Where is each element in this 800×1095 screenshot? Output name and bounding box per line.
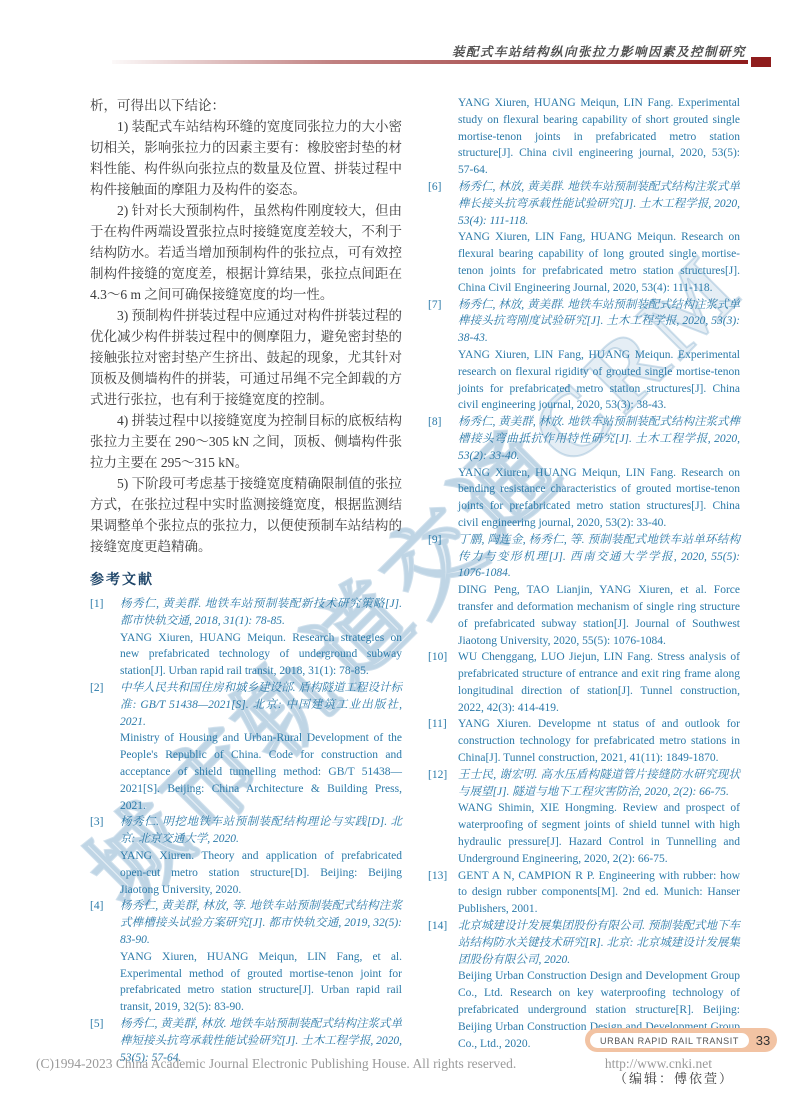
- cnki-url: http://www.cnki.net: [605, 1056, 712, 1072]
- conclusion-paragraph-5: 5) 下阶段可考虑基于接缝宽度精确限制值的张拉方式，在张拉过程中实时监测接缝宽度…: [90, 473, 402, 557]
- reference-text-en: Ministry of Housing and Urban-Rural Deve…: [120, 730, 402, 814]
- reference-text-zh: 王士民, 谢宏明. 高水压盾构隧道管片接缝防水研究现状与展望[J]. 隧道与地下…: [458, 767, 740, 801]
- reference-item-11: [11] YANG Xiuren. Developme nt status of…: [428, 716, 740, 766]
- reference-body: 王士民, 谢宏明. 高水压盾构隧道管片接缝防水研究现状与展望[J]. 隧道与地下…: [458, 767, 740, 868]
- reference-text-zh: 杨秀仁, 黄美群, 林放, 等. 地铁车站预制装配式结构注浆式榫槽接头试验方案研…: [120, 898, 402, 948]
- reference-body: 杨秀仁, 黄美群. 地铁车站预制装配新技术研究策略[J]. 都市快轨交通, 20…: [120, 596, 402, 680]
- journal-footer-badge: URBAN RAPID RAIL TRANSIT 33: [585, 1028, 777, 1052]
- header-rule-cap: [751, 57, 771, 68]
- reference-item-2: [2] 中华人民共和国住房和城乡建设部. 盾构隧道工程设计标准: GB/T 51…: [90, 680, 402, 814]
- reference-text-en: YANG Xiuren, HUANG Meiqun, LIN Fang. Exp…: [458, 95, 740, 179]
- reference-number: [1]: [90, 596, 120, 680]
- reference-body: WU Chenggang, LUO Jiejun, LIN Fang. Stre…: [458, 649, 740, 716]
- conclusion-paragraph-3: 3) 预制构件拼装过程中应通过对构件拼装过程的优化减少构件拼装过程中的侧摩阻力，…: [90, 305, 402, 410]
- journal-name-label: URBAN RAPID RAIL TRANSIT: [590, 1033, 749, 1048]
- reference-number: [14]: [428, 918, 458, 1052]
- reference-item-8: [8] 杨秀仁, 黄美群, 林放. 地铁车站预制装配式结构注浆式榫槽接头弯曲抵抗…: [428, 414, 740, 532]
- reference-number: [11]: [428, 716, 458, 766]
- reference-body: 杨秀仁, 黄美群, 林放. 地铁车站预制装配式结构注浆式榫槽接头弯曲抵抗作用特性…: [458, 414, 740, 532]
- reference-item-5-continuation: YANG Xiuren, HUANG Meiqun, LIN Fang. Exp…: [428, 95, 740, 179]
- reference-text-zh: 杨秀仁, 林放, 黄美群. 地铁车站预制装配式结构注浆式单榫长接头抗弯承载性能试…: [458, 179, 740, 229]
- reference-text-zh: 北京城建设计发展集团股份有限公司. 预制装配式地下车站结构防水关键技术研究[R]…: [458, 918, 740, 968]
- reference-body: YANG Xiuren. Developme nt status of and …: [458, 716, 740, 766]
- running-title: 装配式车站结构纵向张拉力影响因素及控制研究: [452, 42, 746, 60]
- reference-text-en: YANG Xiuren, LIN Fang, HUANG Meiqun. Res…: [458, 229, 740, 296]
- reference-text-en: YANG Xiuren, LIN Fang, HUANG Meiqun. Exp…: [458, 347, 740, 414]
- reference-body: 中华人民共和国住房和城乡建设部. 盾构隧道工程设计标准: GB/T 51438—…: [120, 680, 402, 814]
- reference-text-en: YANG Xiuren, HUANG Meiqun, LIN Fang, et …: [120, 949, 402, 1016]
- conclusion-paragraph-1: 1) 装配式车站结构环缝的宽度同张拉力的大小密切相关，影响张拉力的因素主要有：橡…: [90, 116, 402, 200]
- reference-number: [13]: [428, 868, 458, 918]
- right-column: YANG Xiuren, HUANG Meiqun, LIN Fang. Exp…: [428, 95, 740, 1087]
- copyright-text: (C)1994-2023 China Academic Journal Elec…: [36, 1056, 516, 1072]
- reference-item-6: [6] 杨秀仁, 林放, 黄美群. 地铁车站预制装配式结构注浆式单榫长接头抗弯承…: [428, 179, 740, 297]
- reference-text-zh: 杨秀仁, 黄美群. 地铁车站预制装配新技术研究策略[J]. 都市快轨交通, 20…: [120, 596, 402, 630]
- reference-text-en: YANG Xiuren. Developme nt status of and …: [458, 716, 740, 766]
- reference-number: [4]: [90, 898, 120, 1016]
- conclusion-intro: 析，可得出以下结论：: [90, 95, 402, 116]
- reference-number: [8]: [428, 414, 458, 532]
- page-columns: 析，可得出以下结论： 1) 装配式车站结构环缝的宽度同张拉力的大小密切相关，影响…: [90, 95, 740, 1087]
- reference-text-en: DING Peng, TAO Lianjin, YANG Xiuren, et …: [458, 582, 740, 649]
- reference-number: [7]: [428, 297, 458, 415]
- reference-text-zh: 杨秀仁, 黄美群, 林放. 地铁车站预制装配式结构注浆式榫槽接头弯曲抵抗作用特性…: [458, 414, 740, 464]
- reference-number: [428, 95, 458, 179]
- reference-body: 杨秀仁. 明挖地铁车站预制装配结构理论与实践[D]. 北京: 北京交通大学, 2…: [120, 814, 402, 898]
- reference-item-3: [3] 杨秀仁. 明挖地铁车站预制装配结构理论与实践[D]. 北京: 北京交通大…: [90, 814, 402, 898]
- reference-body: 杨秀仁, 黄美群, 林放, 等. 地铁车站预制装配式结构注浆式榫槽接头试验方案研…: [120, 898, 402, 1016]
- reference-item-4: [4] 杨秀仁, 黄美群, 林放, 等. 地铁车站预制装配式结构注浆式榫槽接头试…: [90, 898, 402, 1016]
- reference-number: [12]: [428, 767, 458, 868]
- reference-number: [2]: [90, 680, 120, 814]
- reference-item-9: [9] 丁鹏, 陶连金, 杨秀仁, 等. 预制装配式地铁车站单环结构传力与变形机…: [428, 532, 740, 650]
- reference-text-en: WANG Shimin, XIE Hongming. Review and pr…: [458, 800, 740, 867]
- reference-item-7: [7] 杨秀仁, 林放, 黄美群. 地铁车站预制装配式结构注浆式单榫接头抗弯刚度…: [428, 297, 740, 415]
- reference-item-1: [1] 杨秀仁, 黄美群. 地铁车站预制装配新技术研究策略[J]. 都市快轨交通…: [90, 596, 402, 680]
- reference-number: [6]: [428, 179, 458, 297]
- reference-body: 杨秀仁, 林放, 黄美群. 地铁车站预制装配式结构注浆式单榫长接头抗弯承载性能试…: [458, 179, 740, 297]
- reference-body: YANG Xiuren, HUANG Meiqun, LIN Fang. Exp…: [458, 95, 740, 179]
- reference-body: 杨秀仁, 林放, 黄美群. 地铁车站预制装配式结构注浆式单榫接头抗弯刚度试验研究…: [458, 297, 740, 415]
- conclusion-paragraph-2: 2) 针对长大预制构件，虽然构件刚度较大，但由于在构件两端设置张拉点时接缝宽度差…: [90, 200, 402, 305]
- reference-text-en: WU Chenggang, LUO Jiejun, LIN Fang. Stre…: [458, 649, 740, 716]
- reference-item-13: [13] GENT A N, CAMPION R P. Engineering …: [428, 868, 740, 918]
- copyright-row: (C)1994-2023 China Academic Journal Elec…: [36, 1056, 712, 1072]
- reference-text-zh: 中华人民共和国住房和城乡建设部. 盾构隧道工程设计标准: GB/T 51438—…: [120, 680, 402, 730]
- reference-text-zh: 杨秀仁, 林放, 黄美群. 地铁车站预制装配式结构注浆式单榫接头抗弯刚度试验研究…: [458, 297, 740, 347]
- reference-body: 丁鹏, 陶连金, 杨秀仁, 等. 预制装配式地铁车站单环结构传力与变形机理[J]…: [458, 532, 740, 650]
- reference-text-en: YANG Xiuren. Theory and application of p…: [120, 848, 402, 898]
- references-heading: 参考文献: [90, 569, 402, 589]
- reference-item-12: [12] 王士民, 谢宏明. 高水压盾构隧道管片接缝防水研究现状与展望[J]. …: [428, 767, 740, 868]
- reference-number: [9]: [428, 532, 458, 650]
- reference-number: [3]: [90, 814, 120, 898]
- journal-page: 装配式车站结构纵向张拉力影响因素及控制研究 城市轨道交通CRM 析，可得出以下结…: [0, 0, 800, 1095]
- reference-text-zh: 杨秀仁. 明挖地铁车站预制装配结构理论与实践[D]. 北京: 北京交通大学, 2…: [120, 814, 402, 848]
- reference-text-zh: 丁鹏, 陶连金, 杨秀仁, 等. 预制装配式地铁车站单环结构传力与变形机理[J]…: [458, 532, 740, 582]
- reference-text-en: YANG Xiuren, HUANG Meiqun, LIN Fang. Res…: [458, 465, 740, 532]
- header-rule: [112, 60, 748, 64]
- conclusion-paragraph-4: 4) 拼装过程中以接缝宽度为控制目标的底板结构张拉力主要在 290～305 kN…: [90, 410, 402, 473]
- reference-body: GENT A N, CAMPION R P. Engineering with …: [458, 868, 740, 918]
- reference-text-en: GENT A N, CAMPION R P. Engineering with …: [458, 868, 740, 918]
- reference-number: [10]: [428, 649, 458, 716]
- page-number: 33: [749, 1033, 777, 1048]
- reference-text-en: YANG Xiuren, HUANG Meiqun. Research stra…: [120, 630, 402, 680]
- reference-item-10: [10] WU Chenggang, LUO Jiejun, LIN Fang.…: [428, 649, 740, 716]
- left-column: 析，可得出以下结论： 1) 装配式车站结构环缝的宽度同张拉力的大小密切相关，影响…: [90, 95, 402, 1087]
